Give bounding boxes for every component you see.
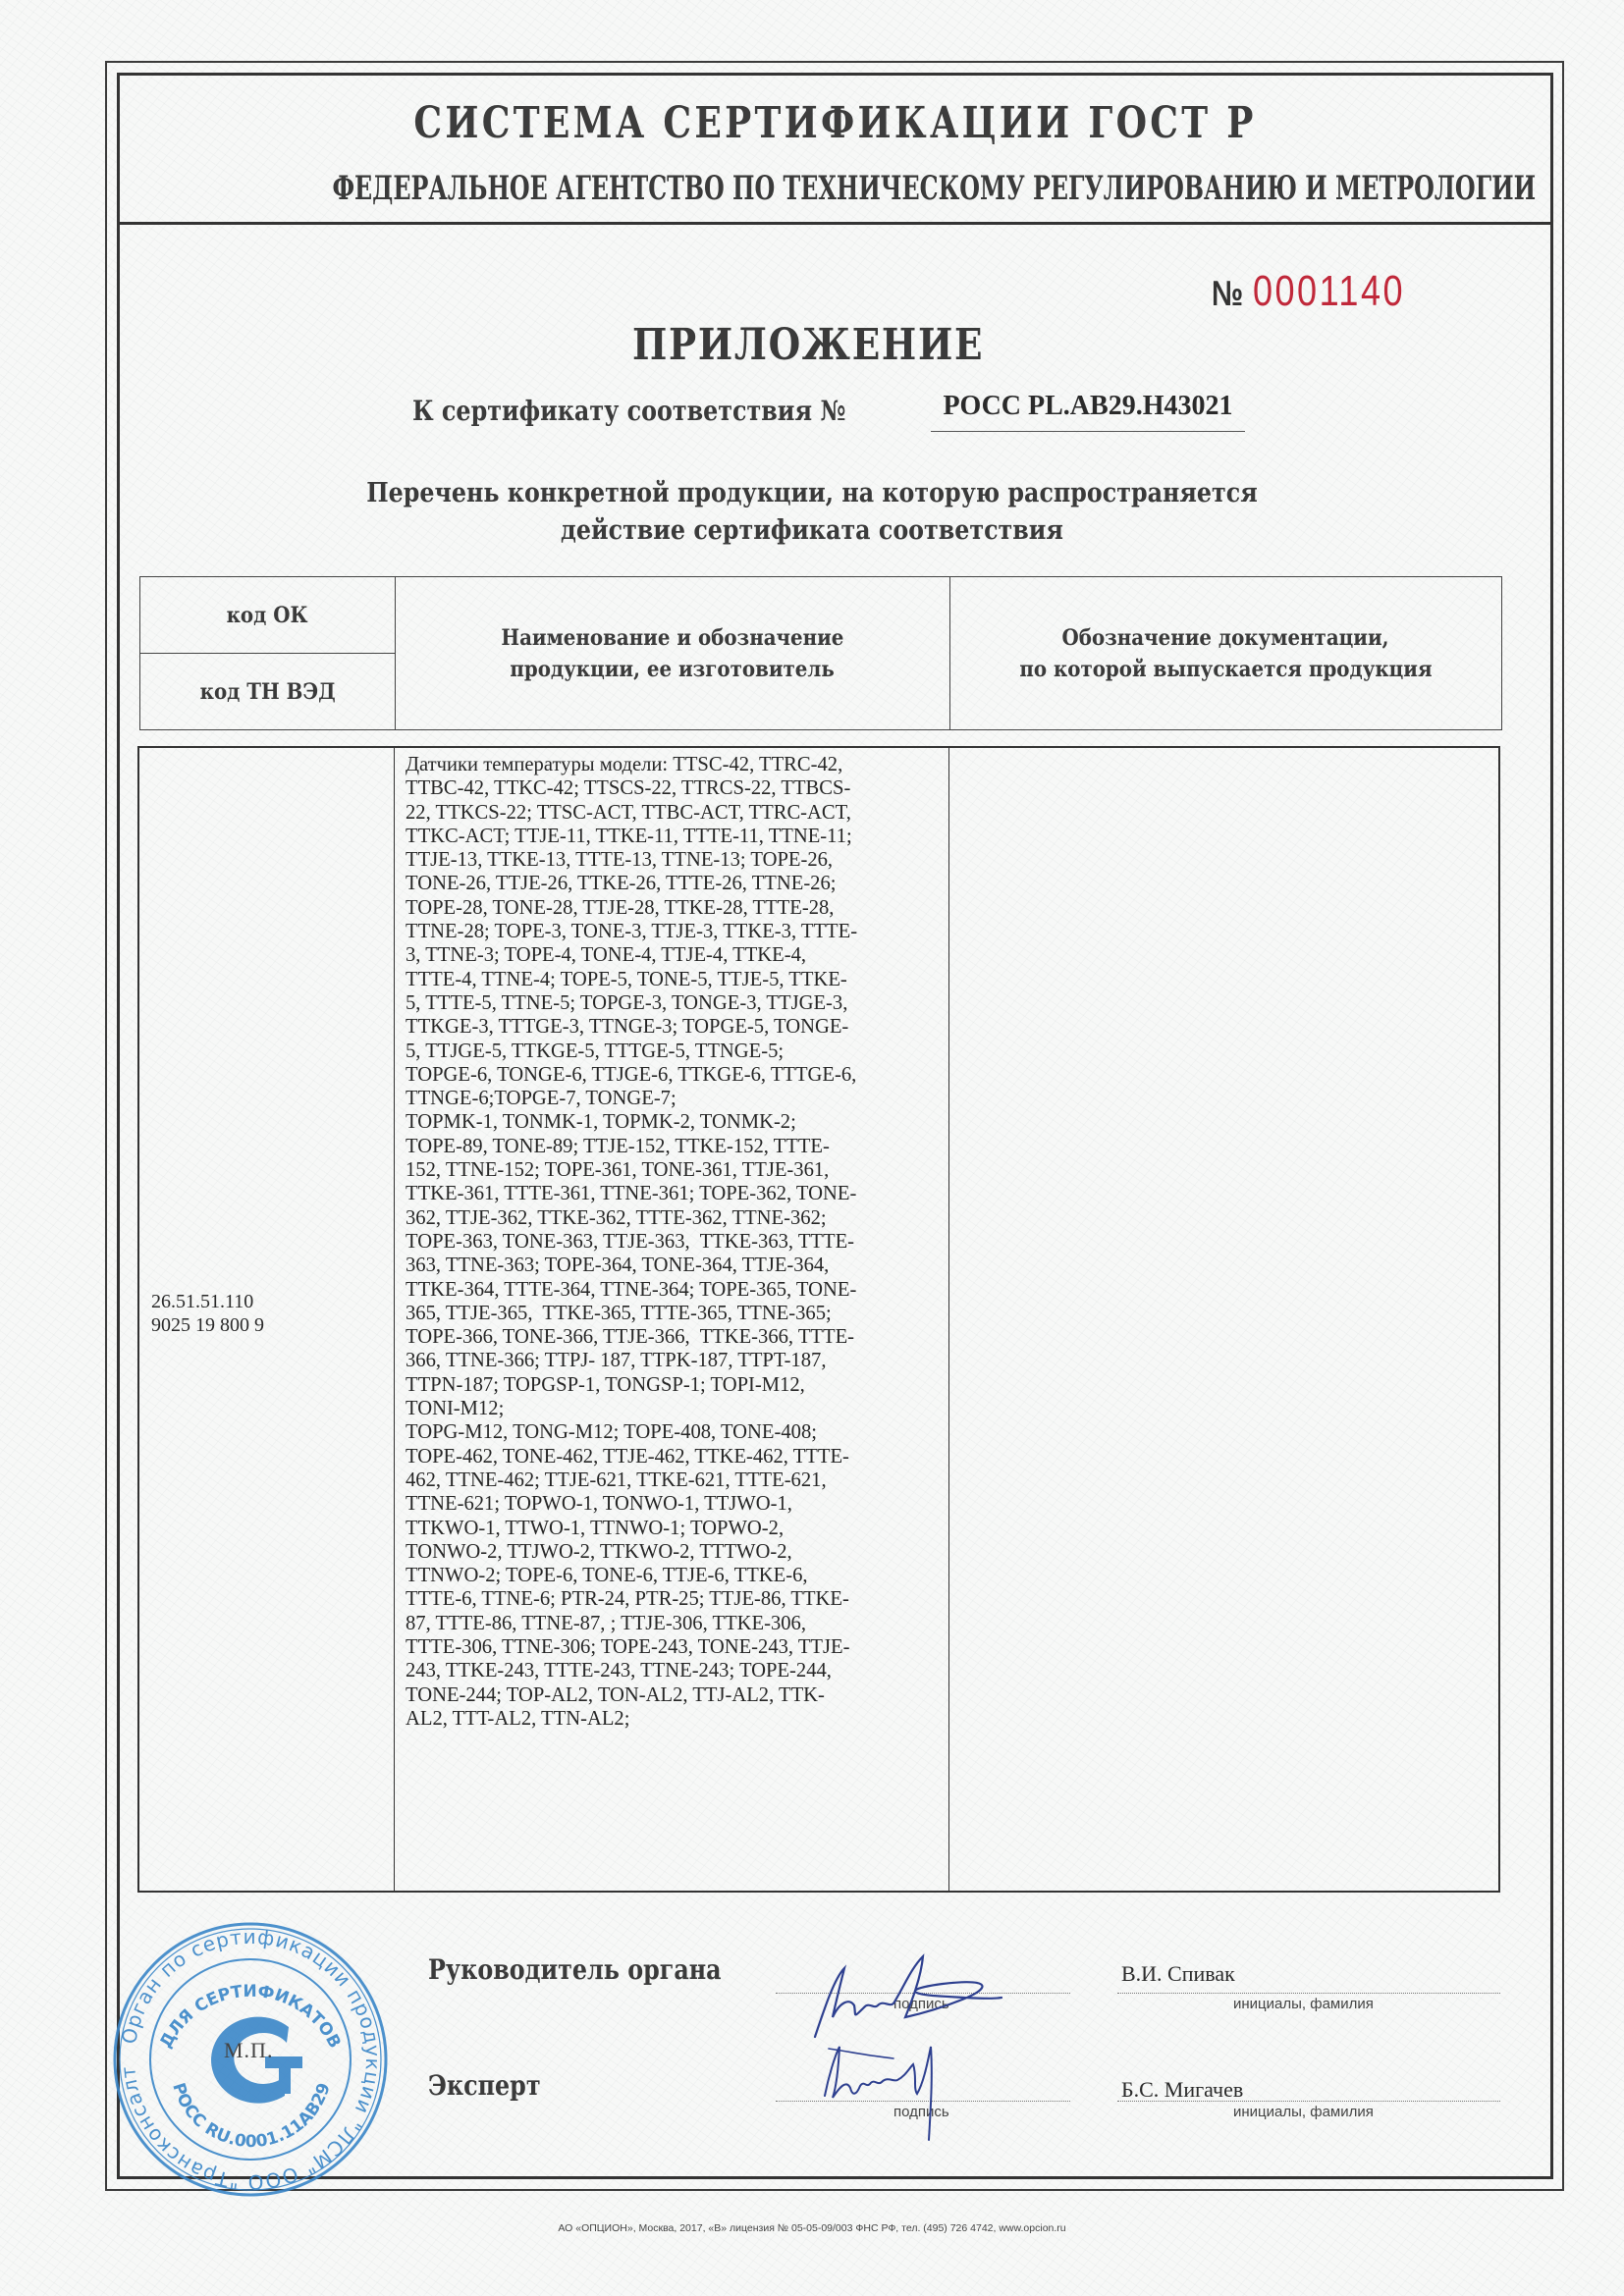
product-line: TOPE-363, TONE-363, TTJE-363, TTKE-363, … <box>406 1230 944 1254</box>
product-line: TOPE-366, TONE-366, TTJE-366, TTKE-366, … <box>406 1325 944 1349</box>
product-line: TTKC-ACT; TTJE-11, TTKE-11, TTTE-11, TTN… <box>406 825 944 848</box>
certificate-reference: К сертификату соответствия № <box>412 395 922 427</box>
product-line: AL2, TTT-AL2, TTN-AL2; <box>406 1707 944 1731</box>
head-name-caption: инициалы, фамилия <box>1233 1996 1374 2012</box>
product-line: 363, TTNE-363; TOPE-364, TONE-364, TTJE-… <box>406 1254 944 1277</box>
product-line: TTPN-187; TOPGSP-1, TONGSP-1; TOPI-M12, <box>406 1373 944 1397</box>
product-line: TONE-26, TTJE-26, TTKE-26, TTTE-26, TTNE… <box>406 872 944 895</box>
expert-name-caption: инициалы, фамилия <box>1233 2104 1374 2120</box>
product-line: TTTE-306, TTNE-306; TOPE-243, TONE-243, … <box>406 1635 944 1659</box>
product-line: 152, TTNE-152; TOPE-361, TONE-361, TTJE-… <box>406 1158 944 1182</box>
system-title: СИСТЕМА СЕРТИФИКАЦИИ ГОСТ Р <box>246 98 1425 148</box>
codes-cell: 26.51.51.110 9025 19 800 9 <box>139 748 395 1891</box>
product-line: TTKWO-1, TTWO-1, TTNWO-1; TOPWO-2, <box>406 1517 944 1540</box>
product-line: TOPE-28, TONE-28, TTJE-28, TTKE-28, TTTE… <box>406 896 944 920</box>
product-line: 462, TTNE-462; TTJE-621, TTKE-621, TTTE-… <box>406 1468 944 1492</box>
product-line: TONE-244; TOP-AL2, TON-AL2, TTJ-AL2, TTK… <box>406 1683 944 1707</box>
product-line: TOPMK-1, TONMK-1, TOPMK-2, TONMK-2; <box>406 1110 944 1134</box>
product-line: TOPG-M12, TONG-M12; TOPE-408, TONE-408; <box>406 1420 944 1444</box>
code-tn-ved-value: 9025 19 800 9 <box>151 1313 264 1337</box>
appendix-title: ПРИЛОЖЕНИЕ <box>118 320 1498 370</box>
product-line: 243, TTKE-243, TTTE-243, TTNE-243; TOPE-… <box>406 1659 944 1682</box>
product-line: TOPE-89, TONE-89; TTJE-152, TTKE-152, TT… <box>406 1135 944 1158</box>
product-line: TTKE-361, TTTE-361, TTNE-361; TOPE-362, … <box>406 1182 944 1205</box>
head-name: В.И. Спивак <box>1121 1961 1235 1987</box>
head-name-line <box>1117 1993 1500 1994</box>
product-line: TTJE-13, TTKE-13, TTTE-13, TTNE-13; TOPE… <box>406 848 944 872</box>
product-cell: Датчики температуры модели: TTSC-42, TTR… <box>395 748 949 1891</box>
list-title-line2: действие сертификата соответствия <box>97 512 1527 550</box>
product-line: 366, TTNE-366; TTPJ- 187, TTPK-187, TTPT… <box>406 1349 944 1372</box>
agency-name: ФЕДЕРАЛЬНОЕ АГЕНТСТВО ПО ТЕХНИЧЕСКОМУ РЕ… <box>332 169 1337 208</box>
product-line: TTNWO-2; TOPE-6, TONE-6, TTJE-6, TTKE-6, <box>406 1564 944 1587</box>
code-ok-value: 26.51.51.110 <box>151 1290 264 1313</box>
product-line: 5, TTTE-5, TTNE-5; TOPGE-3, TONGE-3, TTJ… <box>406 991 944 1015</box>
printer-footer: АО «ОПЦИОН», Москва, 2017, «В» лицензия … <box>0 2222 1624 2234</box>
product-line: TTNE-621; TOPWO-1, TONWO-1, TTJWO-1, <box>406 1492 944 1516</box>
product-line: TTKE-364, TTTE-364, TTNE-364; TOPE-365, … <box>406 1278 944 1302</box>
product-line: Датчики температуры модели: TTSC-42, TTR… <box>406 753 944 776</box>
product-line: TTKGE-3, TTTGE-3, TTNGE-3; TOPGE-5, TONG… <box>406 1015 944 1039</box>
list-title: Перечень конкретной продукции, на котору… <box>0 475 1624 550</box>
product-line: 22, TTKCS-22; TTSC-ACT, TTBC-ACT, TTRC-A… <box>406 801 944 825</box>
product-line: TONI-M12; <box>406 1397 944 1420</box>
product-line: TTNGE-6;TOPGE-7, TONGE-7; <box>406 1087 944 1110</box>
product-list: Датчики температуры модели: TTSC-42, TTR… <box>406 753 944 1731</box>
product-line: TONWO-2, TTJWO-2, TTKWO-2, TTTWO-2, <box>406 1540 944 1564</box>
product-line: 365, TTJE-365, TTKE-365, TTTE-365, TTNE-… <box>406 1302 944 1325</box>
header-code-ok: код ОК <box>140 577 396 654</box>
expert-name-line <box>1117 2101 1500 2102</box>
number-sign: № <box>1212 273 1243 314</box>
head-role-label: Руководитель органа <box>428 1953 722 1986</box>
list-title-line1: Перечень конкретной продукции, на котору… <box>97 475 1527 512</box>
product-line: 5, TTJGE-5, TTKGE-5, TTTGE-5, TTNGE-5; <box>406 1040 944 1063</box>
stamp-place-label: М.П. <box>224 2038 273 2063</box>
expert-role-label: Эксперт <box>428 2069 541 2102</box>
form-serial-number: № 0001140 <box>1208 267 1438 316</box>
header-code-tn-ved: код ТН ВЭД <box>140 654 396 730</box>
product-line: 3, TTNE-3; TOPE-4, TONE-4, TTJE-4, TTKE-… <box>406 943 944 967</box>
expert-name: Б.С. Мигачев <box>1121 2077 1243 2103</box>
product-line: TTNE-28; TOPE-3, TONE-3, TTJE-3, TTKE-3,… <box>406 920 944 943</box>
serial-value: 0001140 <box>1253 267 1405 316</box>
certificate-label: К сертификату соответствия № <box>412 395 845 427</box>
header-documentation: Обозначение документации, по которой вып… <box>950 577 1502 730</box>
header-divider <box>117 222 1553 225</box>
table-header: код ОК Наименование и обозначение продук… <box>139 576 1502 730</box>
header-product: Наименование и обозначение продукции, ее… <box>396 577 950 730</box>
expert-signature-mark <box>815 2037 1011 2145</box>
product-line: TTTE-6, TTNE-6; PTR-24, PTR-25; TTJE-86,… <box>406 1587 944 1611</box>
product-line: TTTE-4, TTNE-4; TOPE-5, TONE-5, TTJE-5, … <box>406 968 944 991</box>
certificate-number: РОСС PL.AB29.H43021 <box>931 391 1245 432</box>
codes-text: 26.51.51.110 9025 19 800 9 <box>151 1290 264 1337</box>
product-line: 87, TTTE-86, TTNE-87, ; TTJE-306, TTKE-3… <box>406 1612 944 1635</box>
product-line: TTBC-42, TTKC-42; TTSCS-22, TTRCS-22, TT… <box>406 776 944 800</box>
product-line: TOPE-462, TONE-462, TTJE-462, TTKE-462, … <box>406 1445 944 1468</box>
product-line: 362, TTJE-362, TTKE-362, TTTE-362, TTNE-… <box>406 1206 944 1230</box>
product-line: TOPGE-6, TONGE-6, TTJGE-6, TTKGE-6, TTTG… <box>406 1063 944 1087</box>
table-body: 26.51.51.110 9025 19 800 9 Датчики темпе… <box>137 746 1500 1893</box>
